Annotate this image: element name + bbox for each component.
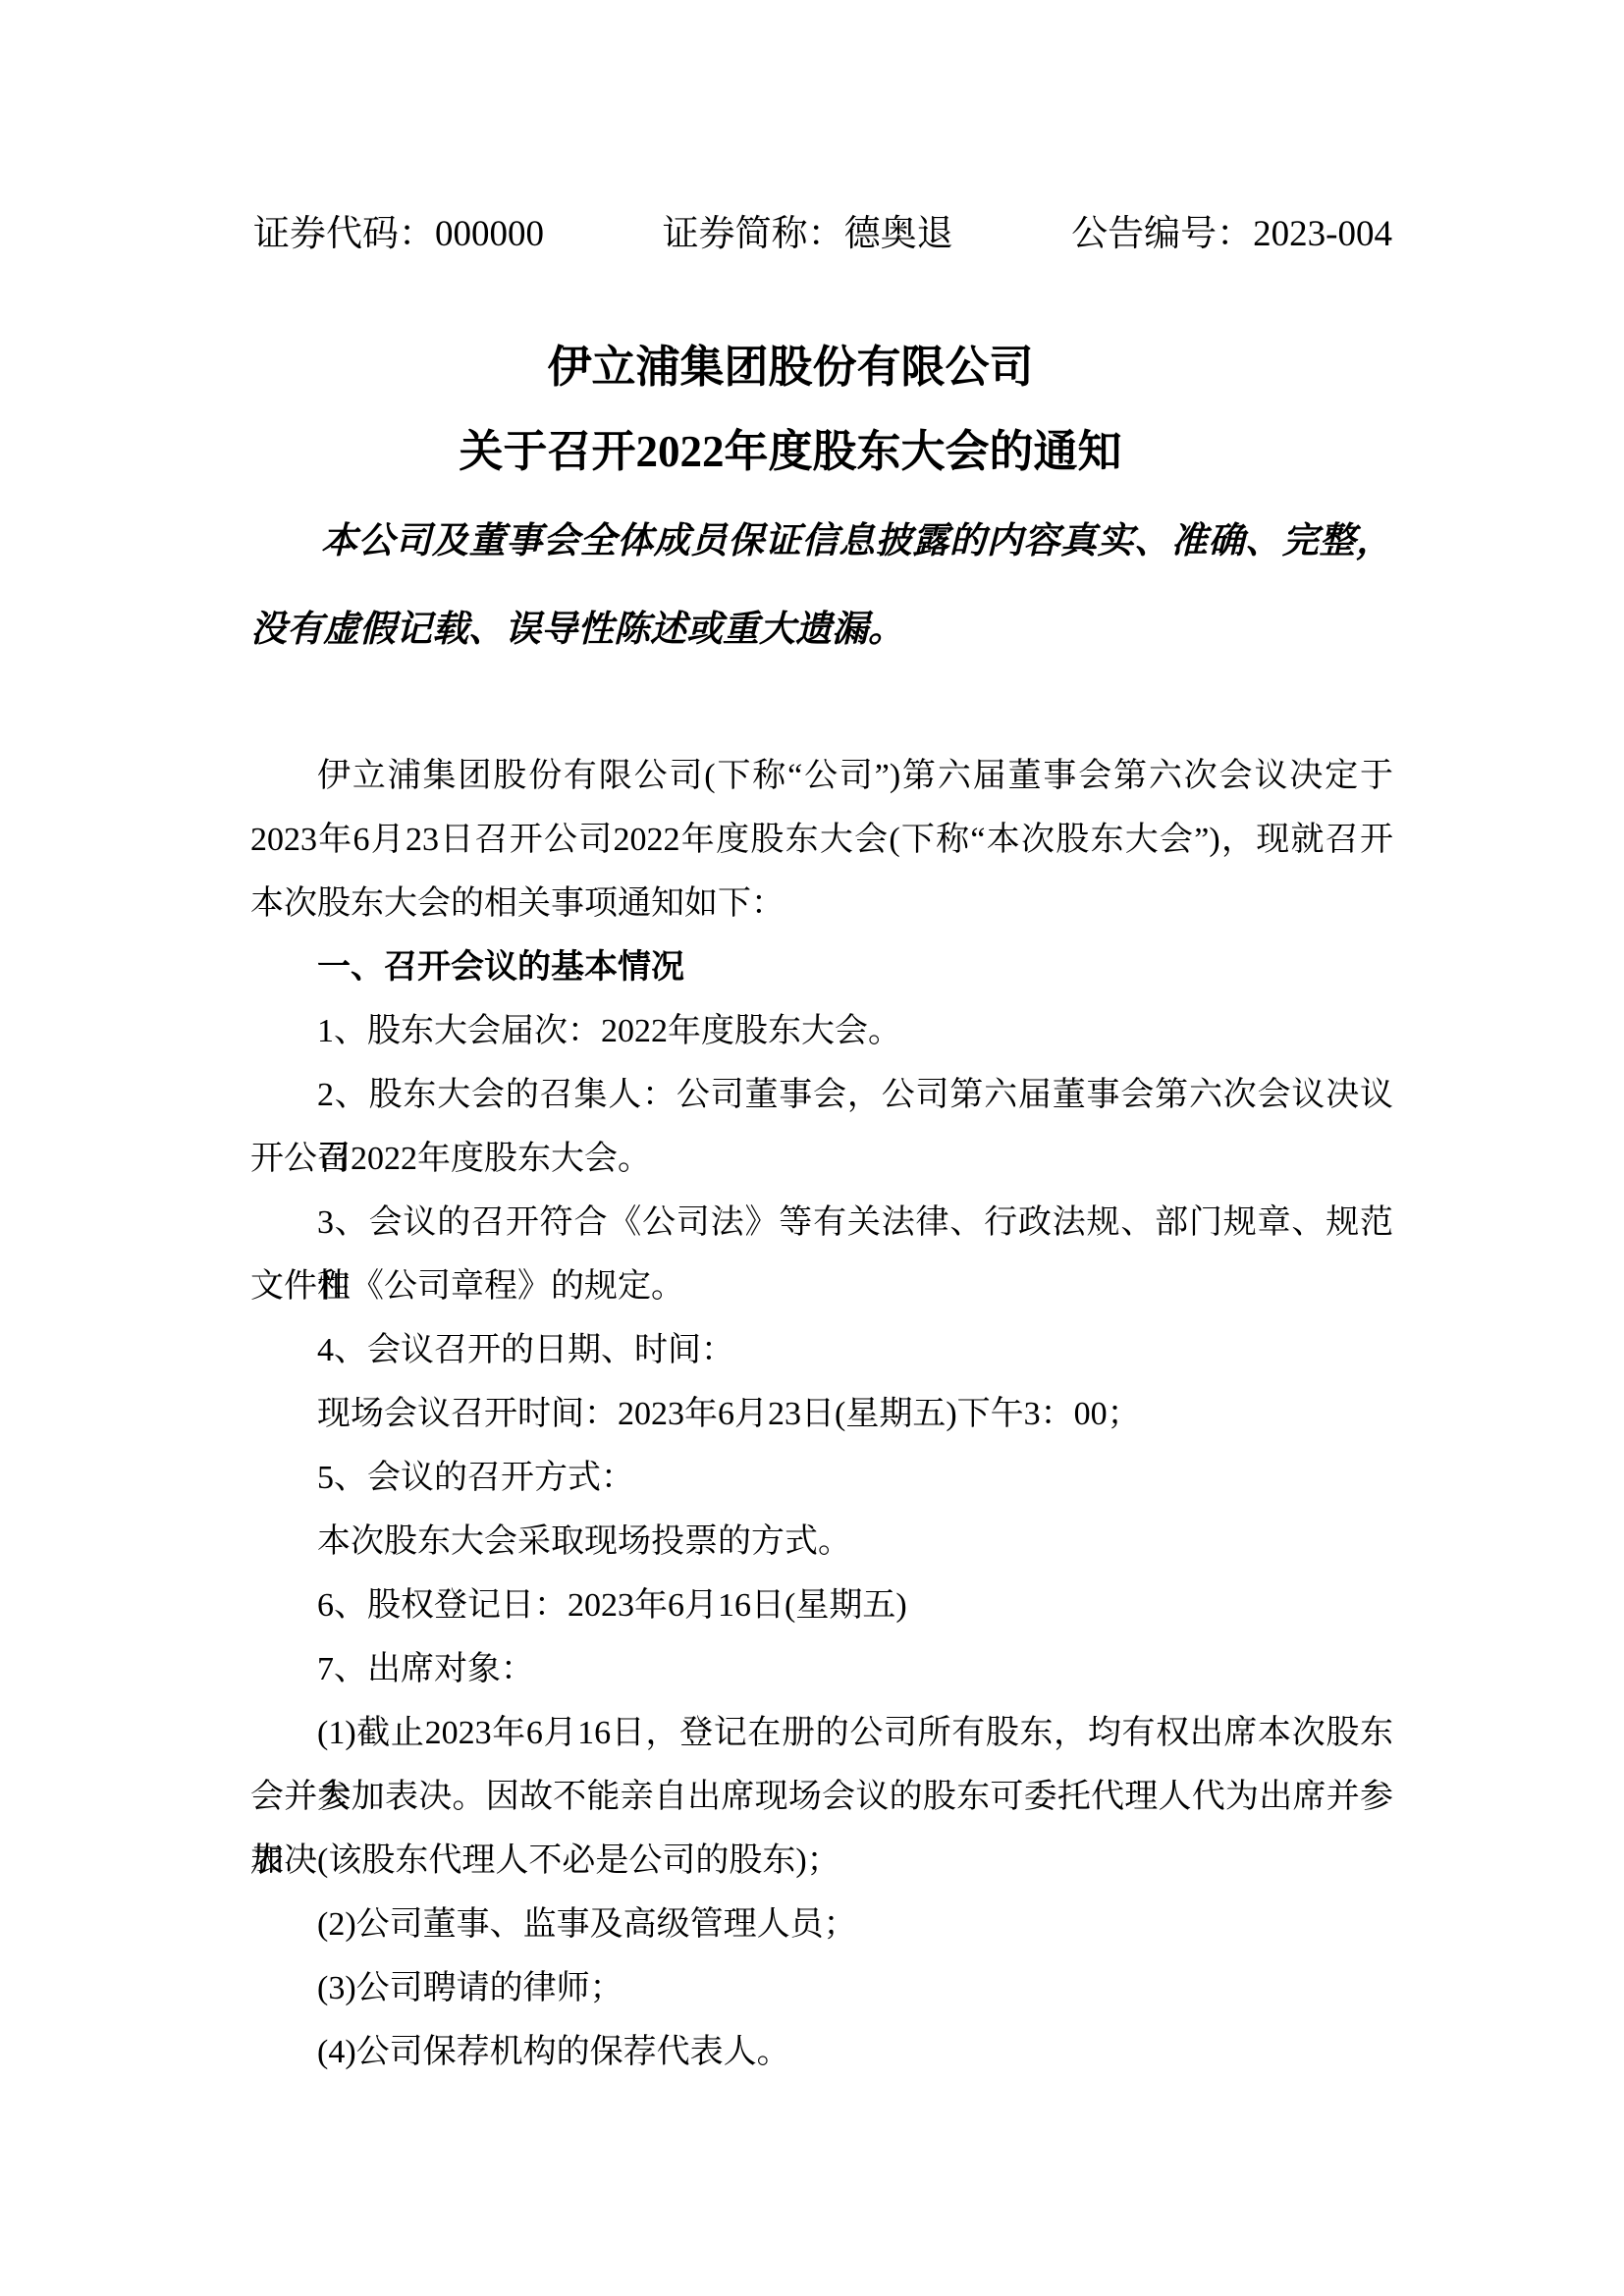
body-line: 6、股权登记日：2023年6月16日(星期五) xyxy=(250,1574,1393,1637)
body-line: 文件和《公司章程》的规定。 xyxy=(250,1255,1393,1318)
body-line: 会并参加表决。因故不能亲自出席现场会议的股东可委托代理人代为出席并参加 xyxy=(250,1765,1393,1829)
body-line: 7、出席对象： xyxy=(250,1637,1393,1701)
body-line: 5、会议的召开方式： xyxy=(250,1446,1393,1510)
body-line: (3)公司聘请的律师； xyxy=(250,1956,1393,2020)
disclaimer-line-2: 没有虚假记载、误导性陈述或重大遗漏。 xyxy=(250,609,904,652)
body-line: 本次股东大会的相关事项通知如下： xyxy=(250,872,1393,935)
body-line: 2023年6月23日召开公司2022年度股东大会(下称“本次股东大会”)，现就召… xyxy=(250,808,1393,872)
stock-code: 证券代码：000000 xyxy=(253,214,544,256)
body-line: 2、股东大会的召集人：公司董事会，公司第六届董事会第六次会议决议召 xyxy=(250,1063,1393,1127)
body-line: (4)公司保荐机构的保荐代表人。 xyxy=(250,2020,1393,2084)
body-line: 本次股东大会采取现场投票的方式。 xyxy=(250,1510,1393,1574)
body-line: 伊立浦集团股份有限公司(下称“公司”)第六届董事会第六次会议决定于 xyxy=(250,744,1393,808)
disclaimer-line-1: 本公司及董事会全体成员保证信息披露的内容真实、准确、完整， xyxy=(321,520,1392,563)
document-body: 伊立浦集团股份有限公司(下称“公司”)第六届董事会第六次会议决定于 2023年6… xyxy=(250,744,1393,2084)
body-line: 表决(该股东代理人不必是公司的股东)； xyxy=(250,1829,1393,1893)
body-line: 开公司2022年度股东大会。 xyxy=(250,1127,1393,1191)
body-line: (2)公司董事、监事及高级管理人员； xyxy=(250,1893,1393,1956)
announcement-number: 公告编号：2023-004 xyxy=(1071,214,1392,256)
stock-abbr: 证券简称：德奥退 xyxy=(663,214,953,256)
body-line: (1)截止2023年6月16日，登记在册的公司所有股东，均有权出席本次股东大 xyxy=(250,1701,1393,1765)
body-line: 4、会议召开的日期、时间： xyxy=(250,1318,1393,1382)
body-line: 现场会议召开时间：2023年6月23日(星期五)下午3：00； xyxy=(250,1382,1393,1446)
body-line: 3、会议的召开符合《公司法》等有关法律、行政法规、部门规章、规范性 xyxy=(250,1191,1393,1255)
section-heading: 一、召开会议的基本情况 xyxy=(250,935,1393,999)
notice-title: 关于召开2022年度股东大会的通知 xyxy=(250,428,1330,477)
document-page: 证券代码：000000 证券简称：德奥退 公告编号：2023-004 伊立浦集团… xyxy=(0,0,1624,2296)
document-header: 证券代码：000000 证券简称：德奥退 公告编号：2023-004 xyxy=(253,214,1392,256)
company-title: 伊立浦集团股份有限公司 xyxy=(250,344,1330,393)
body-line: 1、股东大会届次：2022年度股东大会。 xyxy=(250,999,1393,1063)
